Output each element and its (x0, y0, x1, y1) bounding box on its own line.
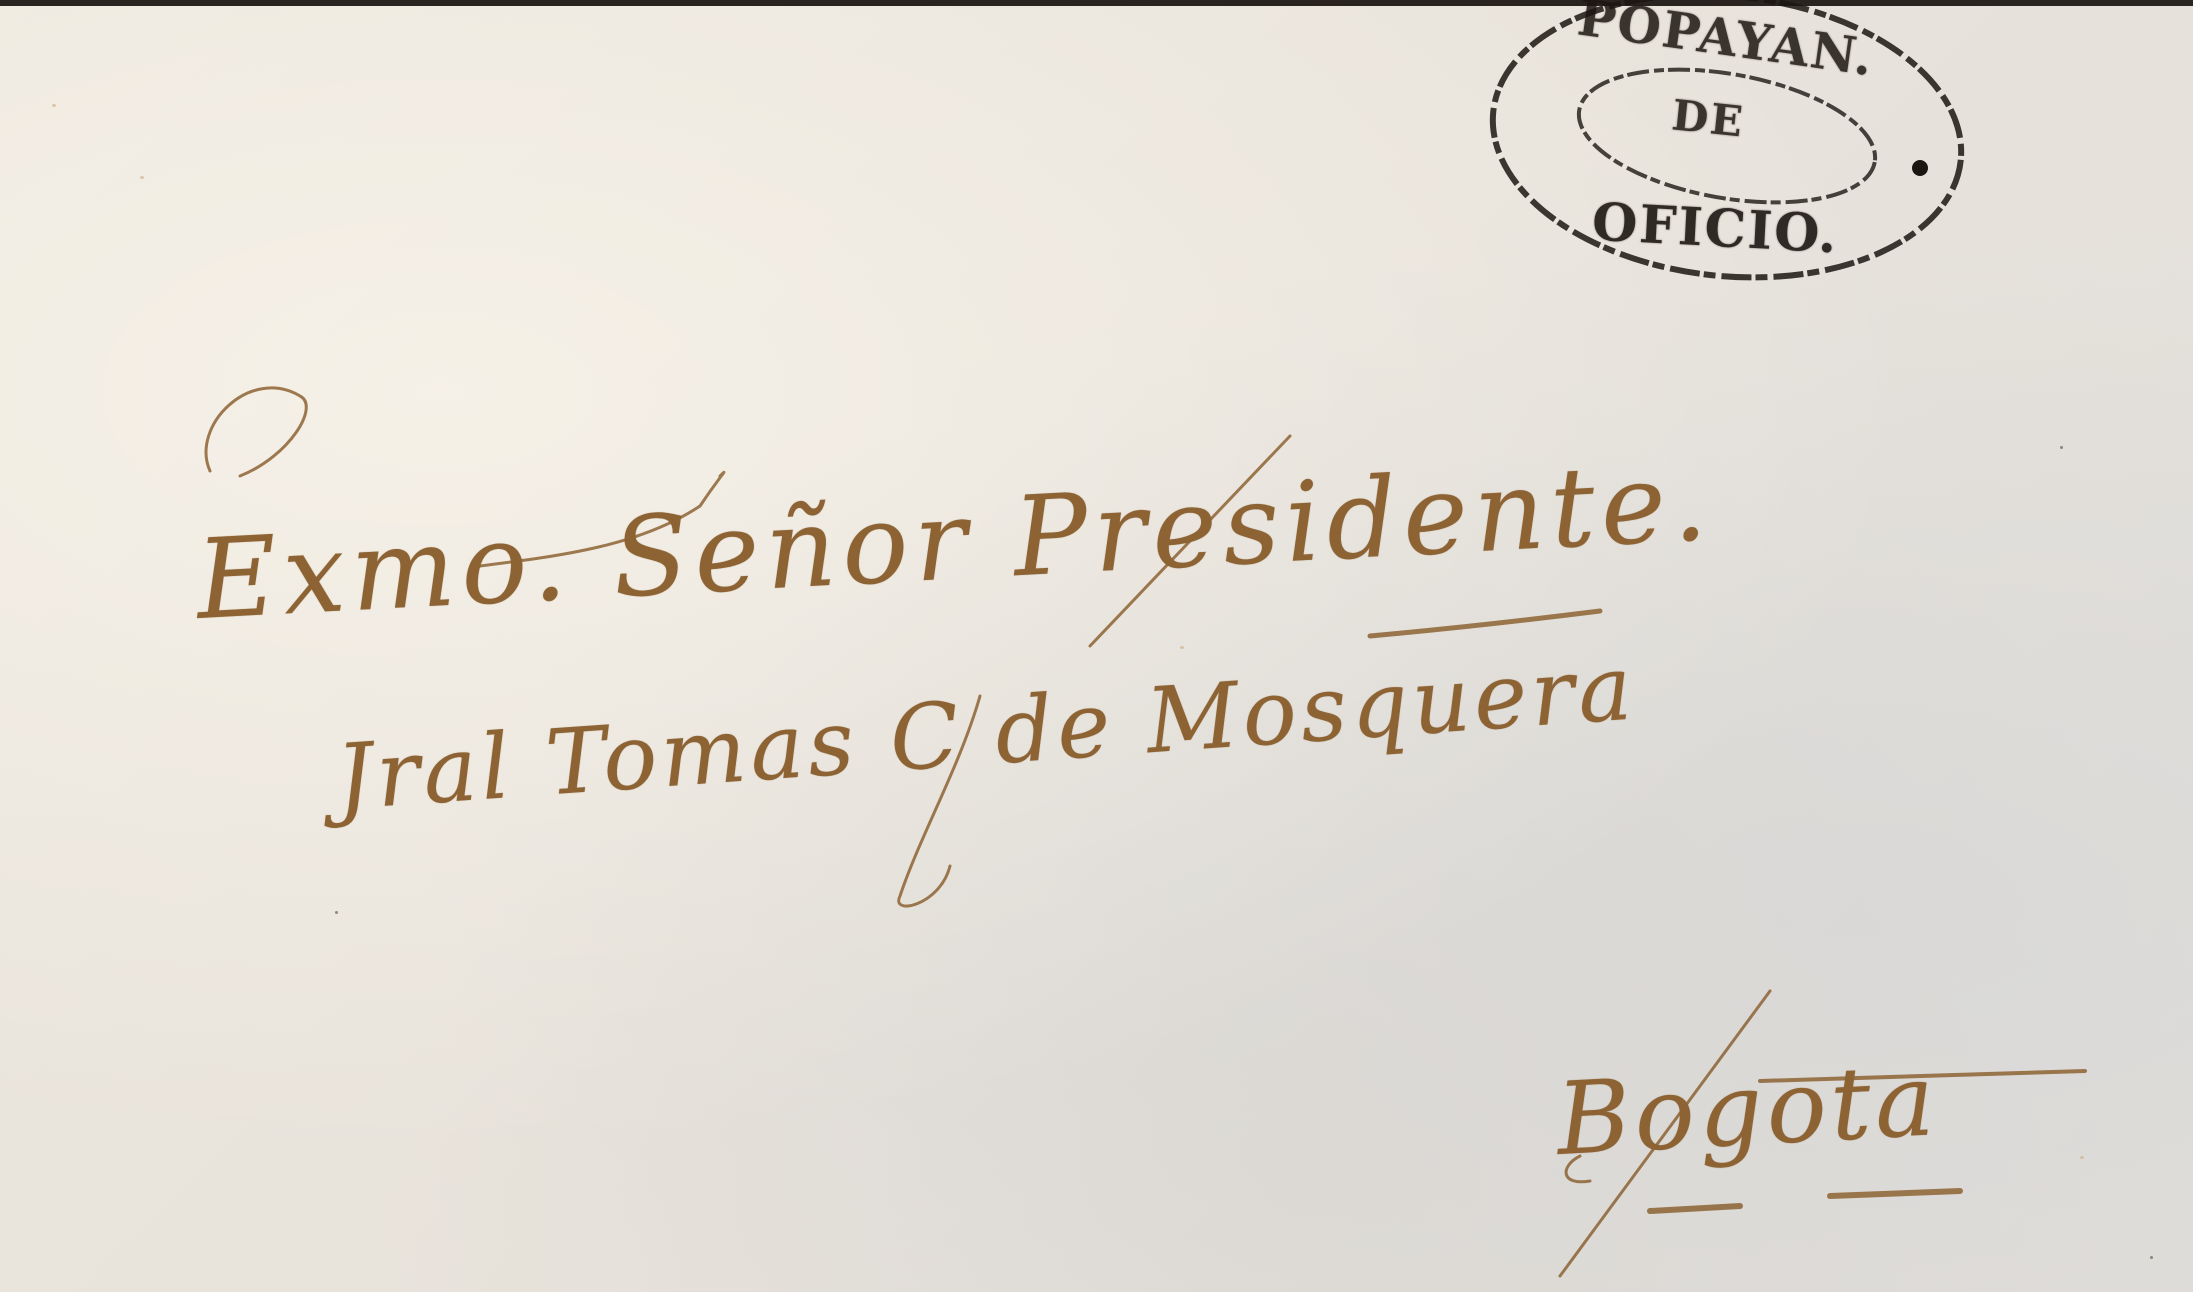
envelope-cover: POPAYAN. DE OFICIO. Exmo. Señor Presiden… (0, 6, 2193, 1292)
destination-city: Bogota (1554, 1041, 1941, 1178)
oval-postmark: POPAYAN. DE OFICIO. (1482, 0, 1982, 301)
salutation-text: Exmo. Señor Presidente. (193, 437, 1716, 644)
paper-speck (2150, 1256, 2153, 1259)
paper-speck (140, 176, 144, 179)
recipient-name: Jral Tomas C de Mosquera (333, 635, 1639, 831)
paper-speck (1180, 646, 1184, 649)
postmark-de: DE (1670, 90, 1747, 146)
paper-speck (52, 104, 56, 107)
postmark-oficio: OFICIO. (1591, 192, 1840, 266)
paper-speck (2060, 446, 2063, 449)
paper-speck (335, 911, 338, 914)
paper-speck (2080, 1156, 2084, 1159)
